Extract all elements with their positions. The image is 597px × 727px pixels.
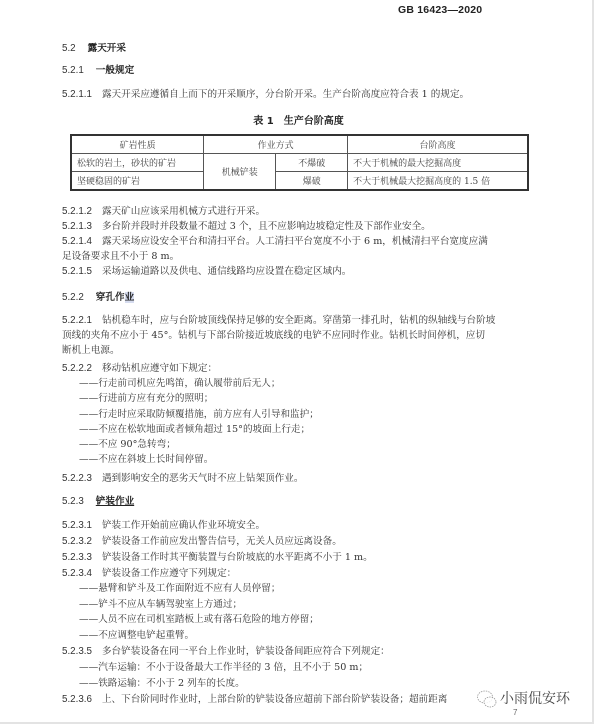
table-header-row: 矿岩性质 作业方式 台阶高度 — [71, 135, 528, 154]
clause-5-2-1-5: 5.2.1.5采场运输道路以及供电、通信线路均应设置在稳定区域内。 — [62, 265, 351, 278]
bench-height-table: 矿岩性质 作业方式 台阶高度 松软的岩土，砂状的矿岩 机械铲装 不爆破 不大于机… — [70, 134, 529, 191]
table-row: 松软的岩土，砂状的矿岩 机械铲装 不爆破 不大于机械的最大挖掘高度 — [71, 154, 528, 172]
clause-5-2-1-1: 5.2.1.1露天开采应遵循自上而下的开采顺序，分台阶开采。生产台阶高度应符合表… — [62, 88, 469, 101]
list-item: ——不应调整电铲起重臂。 — [79, 629, 194, 642]
clause-5-2-2-1: 5.2.2.1钻机稳车时，应与台阶坡顶线保持足够的安全距离。穿凿第一排孔时，钻机… — [62, 314, 495, 327]
standard-number: GB 16423—2020 — [398, 4, 482, 16]
list-item: ——不应 90°急转弯； — [79, 438, 176, 451]
section-heading-5-2: 5.2露天开采 — [62, 42, 126, 55]
clause-5-2-1-2: 5.2.1.2露天矿山应该采用机械方式进行开采。 — [62, 205, 265, 218]
list-item: ——不应在松软地面或者倾角超过 15°的坡面上行走； — [79, 423, 310, 436]
clause-5-2-3-4: 5.2.3.4铲装设备工作应遵守下列规定： — [62, 567, 236, 580]
table-header-cell: 矿岩性质 — [71, 135, 204, 154]
clause-5-2-2-2: 5.2.2.2移动钻机应遵守如下规定： — [62, 362, 217, 375]
list-item: ——悬臂和铲斗及工作面附近不应有人员停留； — [79, 582, 280, 595]
table-row: 坚硬稳固的矿岩 爆破 不大于机械最大挖掘高度的 1.5 倍 — [71, 172, 528, 191]
section-heading-5-2-3: 5.2.3铲装作业 — [62, 495, 134, 508]
text-selection-highlight: 业 — [125, 292, 135, 303]
page-number: 7 — [513, 708, 517, 717]
clause-5-2-3-3: 5.2.3.3铲装设备工作时其平衡装置与台阶坡底的水平距离不小于 1 m。 — [62, 551, 373, 564]
clause-5-2-2-3: 5.2.2.3遇到影响安全的恶劣天气时不应上钻架顶作业。 — [62, 472, 303, 485]
list-item: ——不应在斜坡上长时间停留。 — [79, 453, 213, 466]
list-item: ——行走前司机应先鸣笛，确认履带前后无人； — [79, 377, 280, 390]
clause-5-2-3-1: 5.2.3.1铲装工作开始前应确认作业环境安全。 — [62, 519, 265, 532]
list-item: ——人员不应在司机室踏板上或有落石危险的地方停留； — [79, 613, 319, 626]
clause-5-2-2-1-cont: 顶线的夹角不应小于 45°。钻机与下部台阶接近坡底线的电铲不应同时作业。钻机长时… — [62, 329, 485, 342]
table-cell: 机械铲装 — [204, 154, 276, 191]
clause-5-2-1-4-cont: 足设备要求且不小于 8 m。 — [62, 250, 179, 263]
section-heading-5-2-1: 5.2.1一般规定 — [62, 64, 134, 77]
table-cell: 不大于机械最大挖掘高度的 1.5 倍 — [348, 172, 528, 191]
table-title: 表 1 生产台阶高度 — [0, 112, 597, 127]
section-heading-5-2-2: 5.2.2穿孔作业 — [62, 291, 134, 304]
table-header-cell: 作业方式 — [204, 135, 348, 154]
clause-5-2-3-2: 5.2.3.2铲装设备工作前应发出警告信号，无关人员应远离设备。 — [62, 535, 342, 548]
clause-5-2-3-5: 5.2.3.5多台铲装设备在同一平台上作业时，铲装设备间距应符合下列规定： — [62, 645, 390, 658]
clause-5-2-2-1-cont: 断机上电源。 — [62, 344, 120, 357]
table-cell: 坚硬稳固的矿岩 — [71, 172, 204, 191]
list-item: ——铁路运输：不小于 2 列车的长度。 — [79, 677, 245, 690]
clause-5-2-1-4: 5.2.1.4露天采场应设安全平台和清扫平台。人工清扫平台宽度不小于 6 m，机… — [62, 235, 488, 248]
wechat-logo-icon — [476, 688, 498, 710]
list-item: ——铲斗不应从车辆驾驶室上方通过； — [79, 598, 242, 611]
table-cell: 不大于机械的最大挖掘高度 — [348, 154, 528, 172]
list-item: ——行走时应采取防倾覆措施，前方应有人引导和监护； — [79, 408, 319, 421]
watermark-text: 小雨侃安环 — [500, 688, 570, 708]
table-cell: 松软的岩土，砂状的矿岩 — [71, 154, 204, 172]
clause-5-2-3-6: 5.2.3.6上、下台阶同时作业时，上部台阶的铲装设备应超前下部台阶铲装设备；超… — [62, 693, 447, 706]
clause-5-2-1-3: 5.2.1.3多台阶并段时并段数量不超过 3 个，且不应影响边坡稳定性及下部作业… — [62, 220, 431, 233]
table-cell: 爆破 — [276, 172, 348, 191]
list-item: ——汽车运输：不小于设备最大工作半径的 3 倍，且不小于 50 m； — [79, 661, 368, 674]
list-item: ——行进前方应有充分的照明； — [79, 392, 213, 405]
table-header-cell: 台阶高度 — [348, 135, 528, 154]
table-cell: 不爆破 — [276, 154, 348, 172]
document-page: GB 16423—2020 5.2露天开采 5.2.1一般规定 5.2.1.1露… — [0, 0, 594, 724]
